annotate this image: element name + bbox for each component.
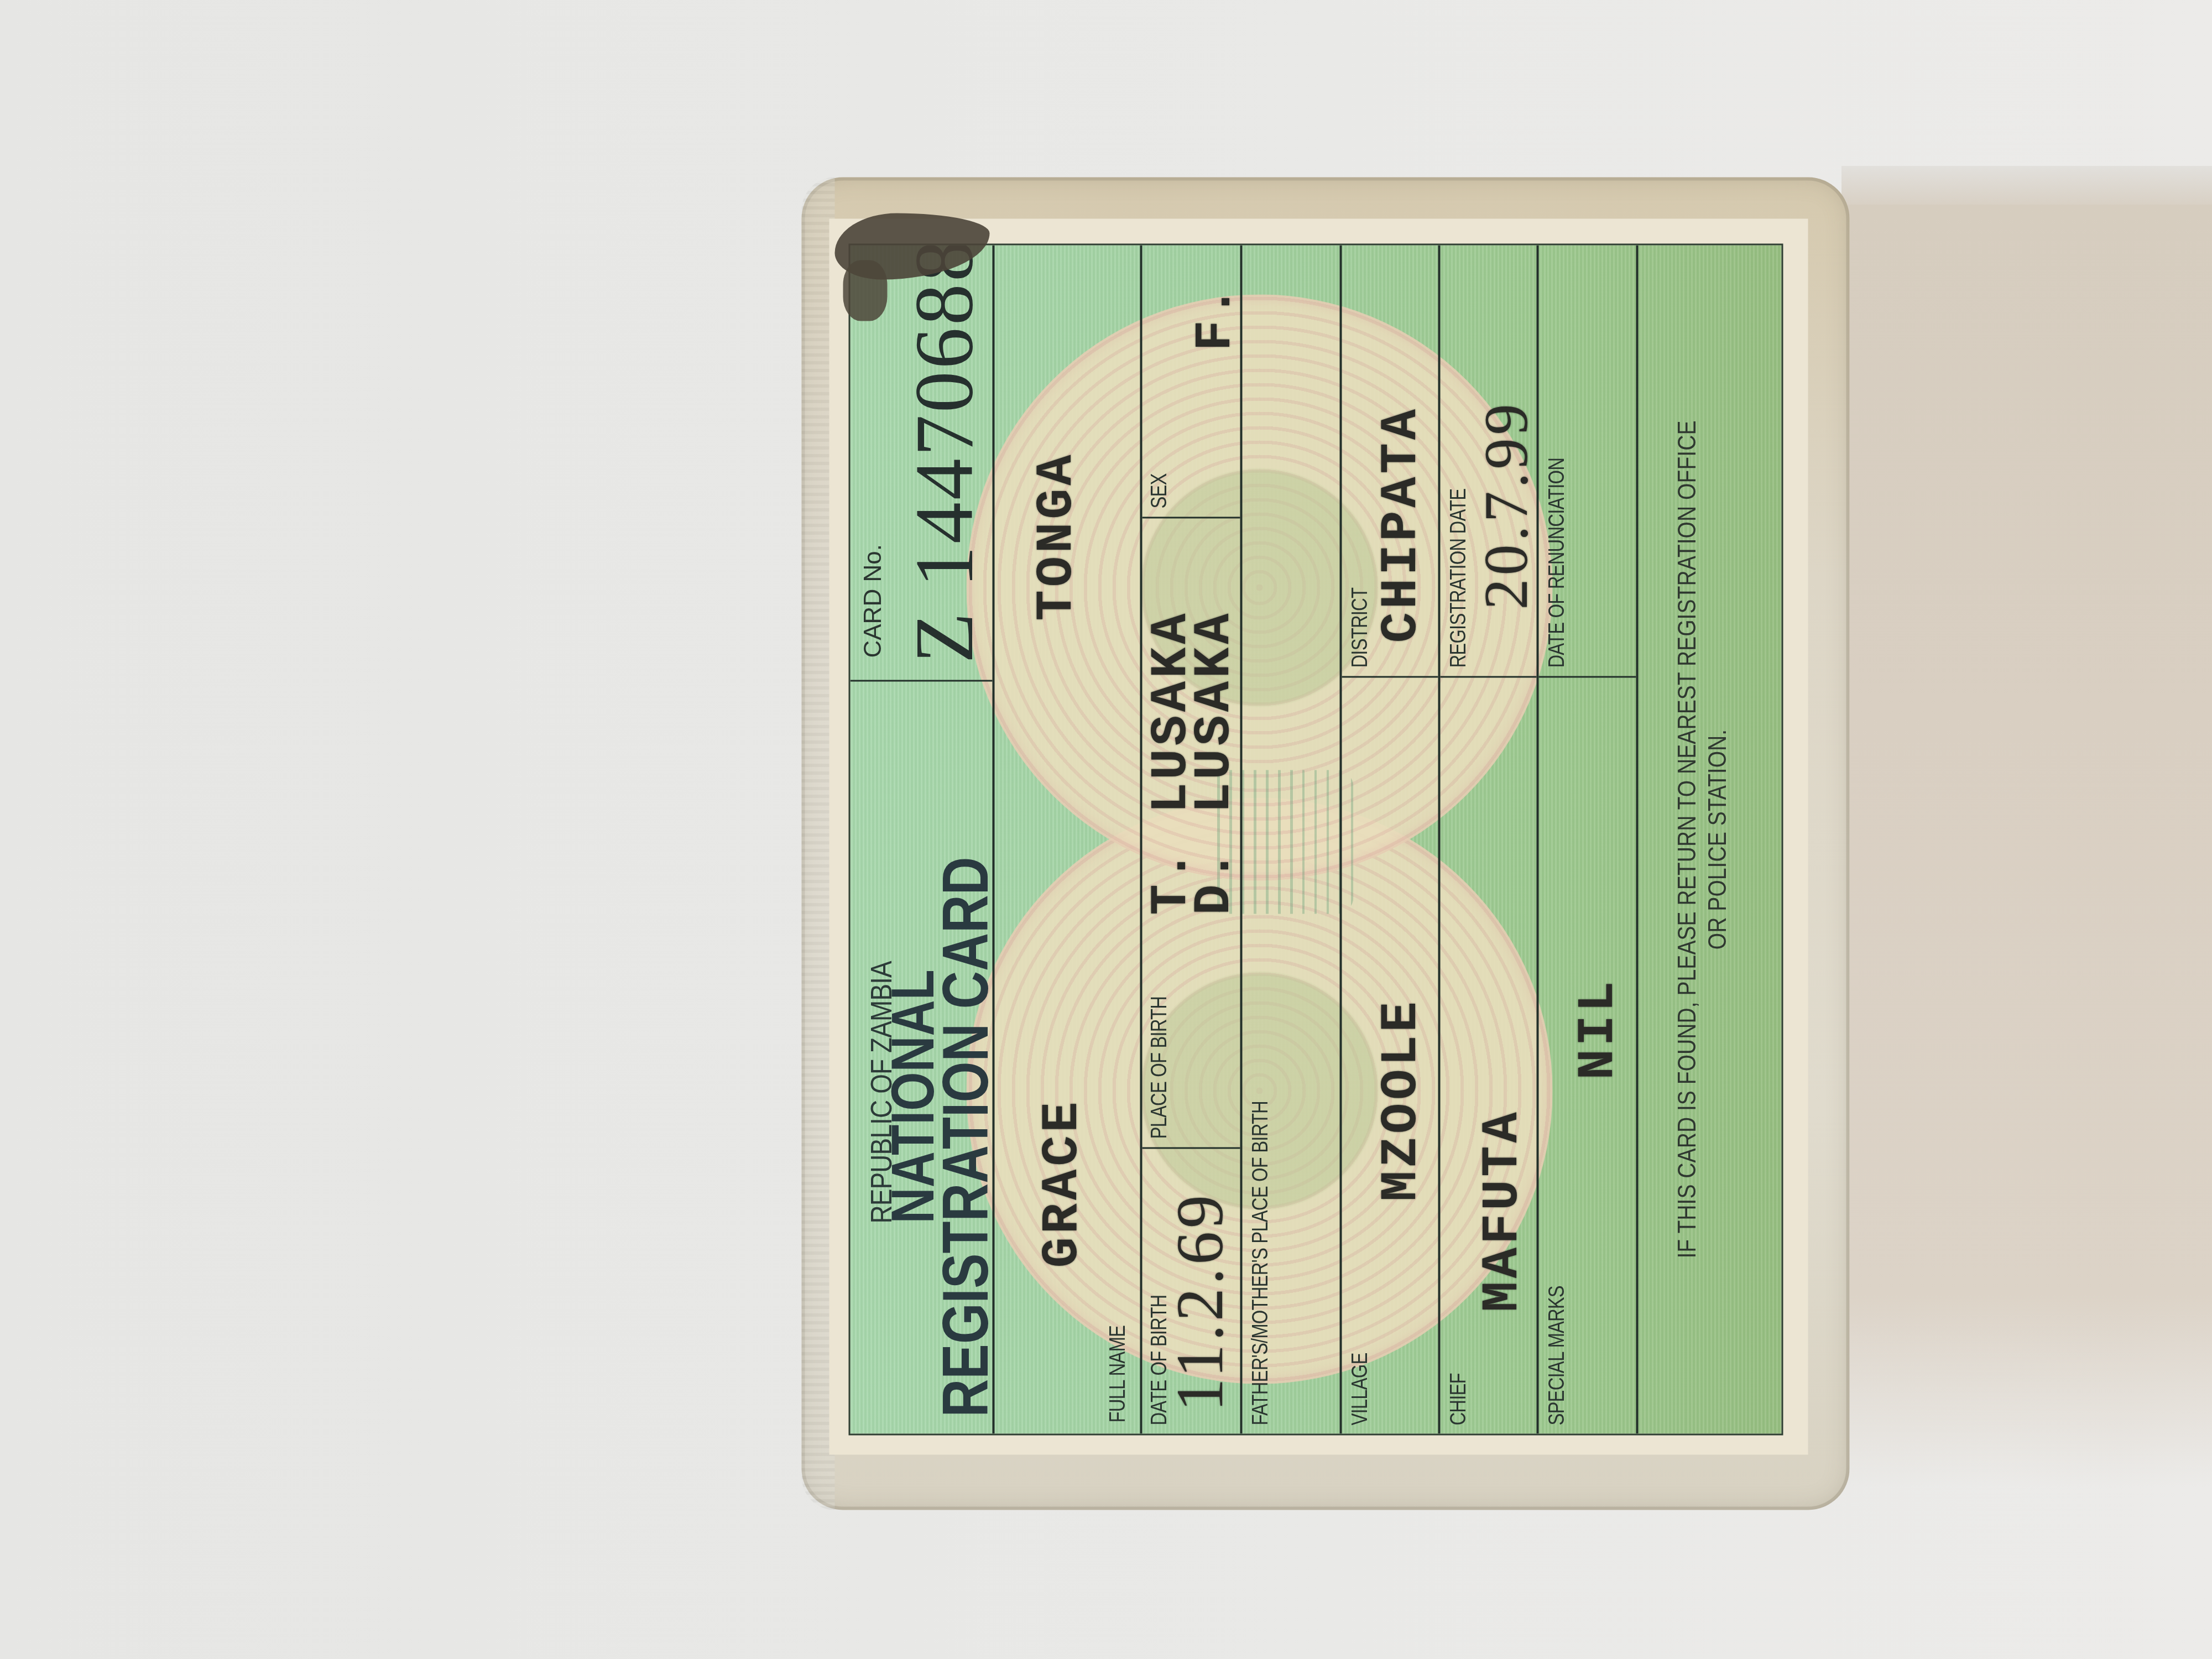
registration-date-label: REGISTRATION DATE (1446, 488, 1471, 667)
sex-label: SEX (1147, 473, 1172, 508)
card-no-value: Z 14470688 (903, 243, 986, 663)
full-name-label: FULL NAME (1105, 1326, 1130, 1422)
registration-date-value: 20.7.99 (1471, 400, 1542, 609)
header-row: REPUBLIC OF ZAMBIA NATIONAL REGISTRATION… (851, 245, 995, 1433)
special-marks-value: NIL (1569, 978, 1627, 1079)
registration-date-cell: REGISTRATION DATE 20.7.99 (1441, 243, 1537, 677)
full-name-last: TONGA (1028, 451, 1086, 620)
return-notice-line1: IF THIS CARD IS FOUND, PLEASE RETURN TO … (1672, 334, 1702, 1344)
corner-stain-small (843, 260, 888, 321)
card-no-label: CARD No. (859, 544, 887, 658)
shadow-region-top (1841, 166, 2212, 210)
chief-label: CHIEF (1446, 1373, 1471, 1425)
special-marks-label: SPECIAL MARKS (1545, 1286, 1569, 1425)
renunciation-label: DATE OF RENUNCIATION (1545, 457, 1569, 667)
pob-label: PLACE OF BIRTH (1147, 996, 1172, 1139)
pob-cell: PLACE OF BIRTH T. LUSAKA D. LUSAKA (1142, 518, 1240, 1149)
dob-value: 11.2.69 (1162, 1191, 1238, 1411)
special-marks-cell: SPECIAL MARKS NIL (1539, 677, 1636, 1433)
village-label: VILLAGE (1348, 1353, 1373, 1425)
village-value: MZOOLE (1373, 998, 1431, 1201)
full-name-row: FULL NAME GRACE TONGA (995, 245, 1142, 1433)
title-cell: REPUBLIC OF ZAMBIA NATIONAL REGISTRATION… (851, 681, 993, 1433)
card-face: REPUBLIC OF ZAMBIA NATIONAL REGISTRATION… (849, 243, 1783, 1435)
district-cell: DISTRICT CHIPATA (1342, 243, 1438, 677)
full-name-first: GRACE (1034, 1098, 1092, 1267)
sex-value: F. (1187, 283, 1245, 351)
return-notice: IF THIS CARD IS FOUND, PLEASE RETURN TO … (1672, 334, 1733, 1344)
special-marks-row: SPECIAL MARKS NIL DATE OF RENUNCIATION (1539, 245, 1639, 1433)
village-cell: VILLAGE MZOOLE (1342, 677, 1438, 1433)
parents-pob-row: FATHER'S/MOTHER'S PLACE OF BIRTH (1243, 245, 1342, 1433)
dob-cell: DATE OF BIRTH 11.2.69 (1142, 1149, 1240, 1433)
pob-line2: D. LUSAKA (1186, 610, 1244, 915)
title-registration-card: REGISTRATION CARD (933, 857, 998, 1417)
birth-row: DATE OF BIRTH 11.2.69 PLACE OF BIRTH T. … (1142, 245, 1243, 1433)
renunciation-cell: DATE OF RENUNCIATION (1539, 243, 1636, 677)
village-row: VILLAGE MZOOLE DISTRICT CHIPATA (1342, 245, 1441, 1433)
footer-row: IF THIS CARD IS FOUND, PLEASE RETURN TO … (1639, 245, 1783, 1433)
chief-value: MAFUTA (1474, 1109, 1532, 1312)
card-shadow (1841, 205, 2212, 1488)
parents-pob-label: FATHER'S/MOTHER'S PLACE OF BIRTH (1248, 1101, 1273, 1425)
chief-row: CHIEF MAFUTA REGISTRATION DATE 20.7.99 (1441, 245, 1539, 1433)
return-notice-line2: OR POLICE STATION. (1702, 334, 1733, 1344)
district-value: CHIPATA (1373, 406, 1431, 643)
chief-cell: CHIEF MAFUTA (1441, 677, 1537, 1433)
district-label: DISTRICT (1348, 587, 1373, 667)
sex-cell: SEX F. (1142, 243, 1240, 518)
national-registration-card: REPUBLIC OF ZAMBIA NATIONAL REGISTRATION… (802, 177, 1850, 1510)
